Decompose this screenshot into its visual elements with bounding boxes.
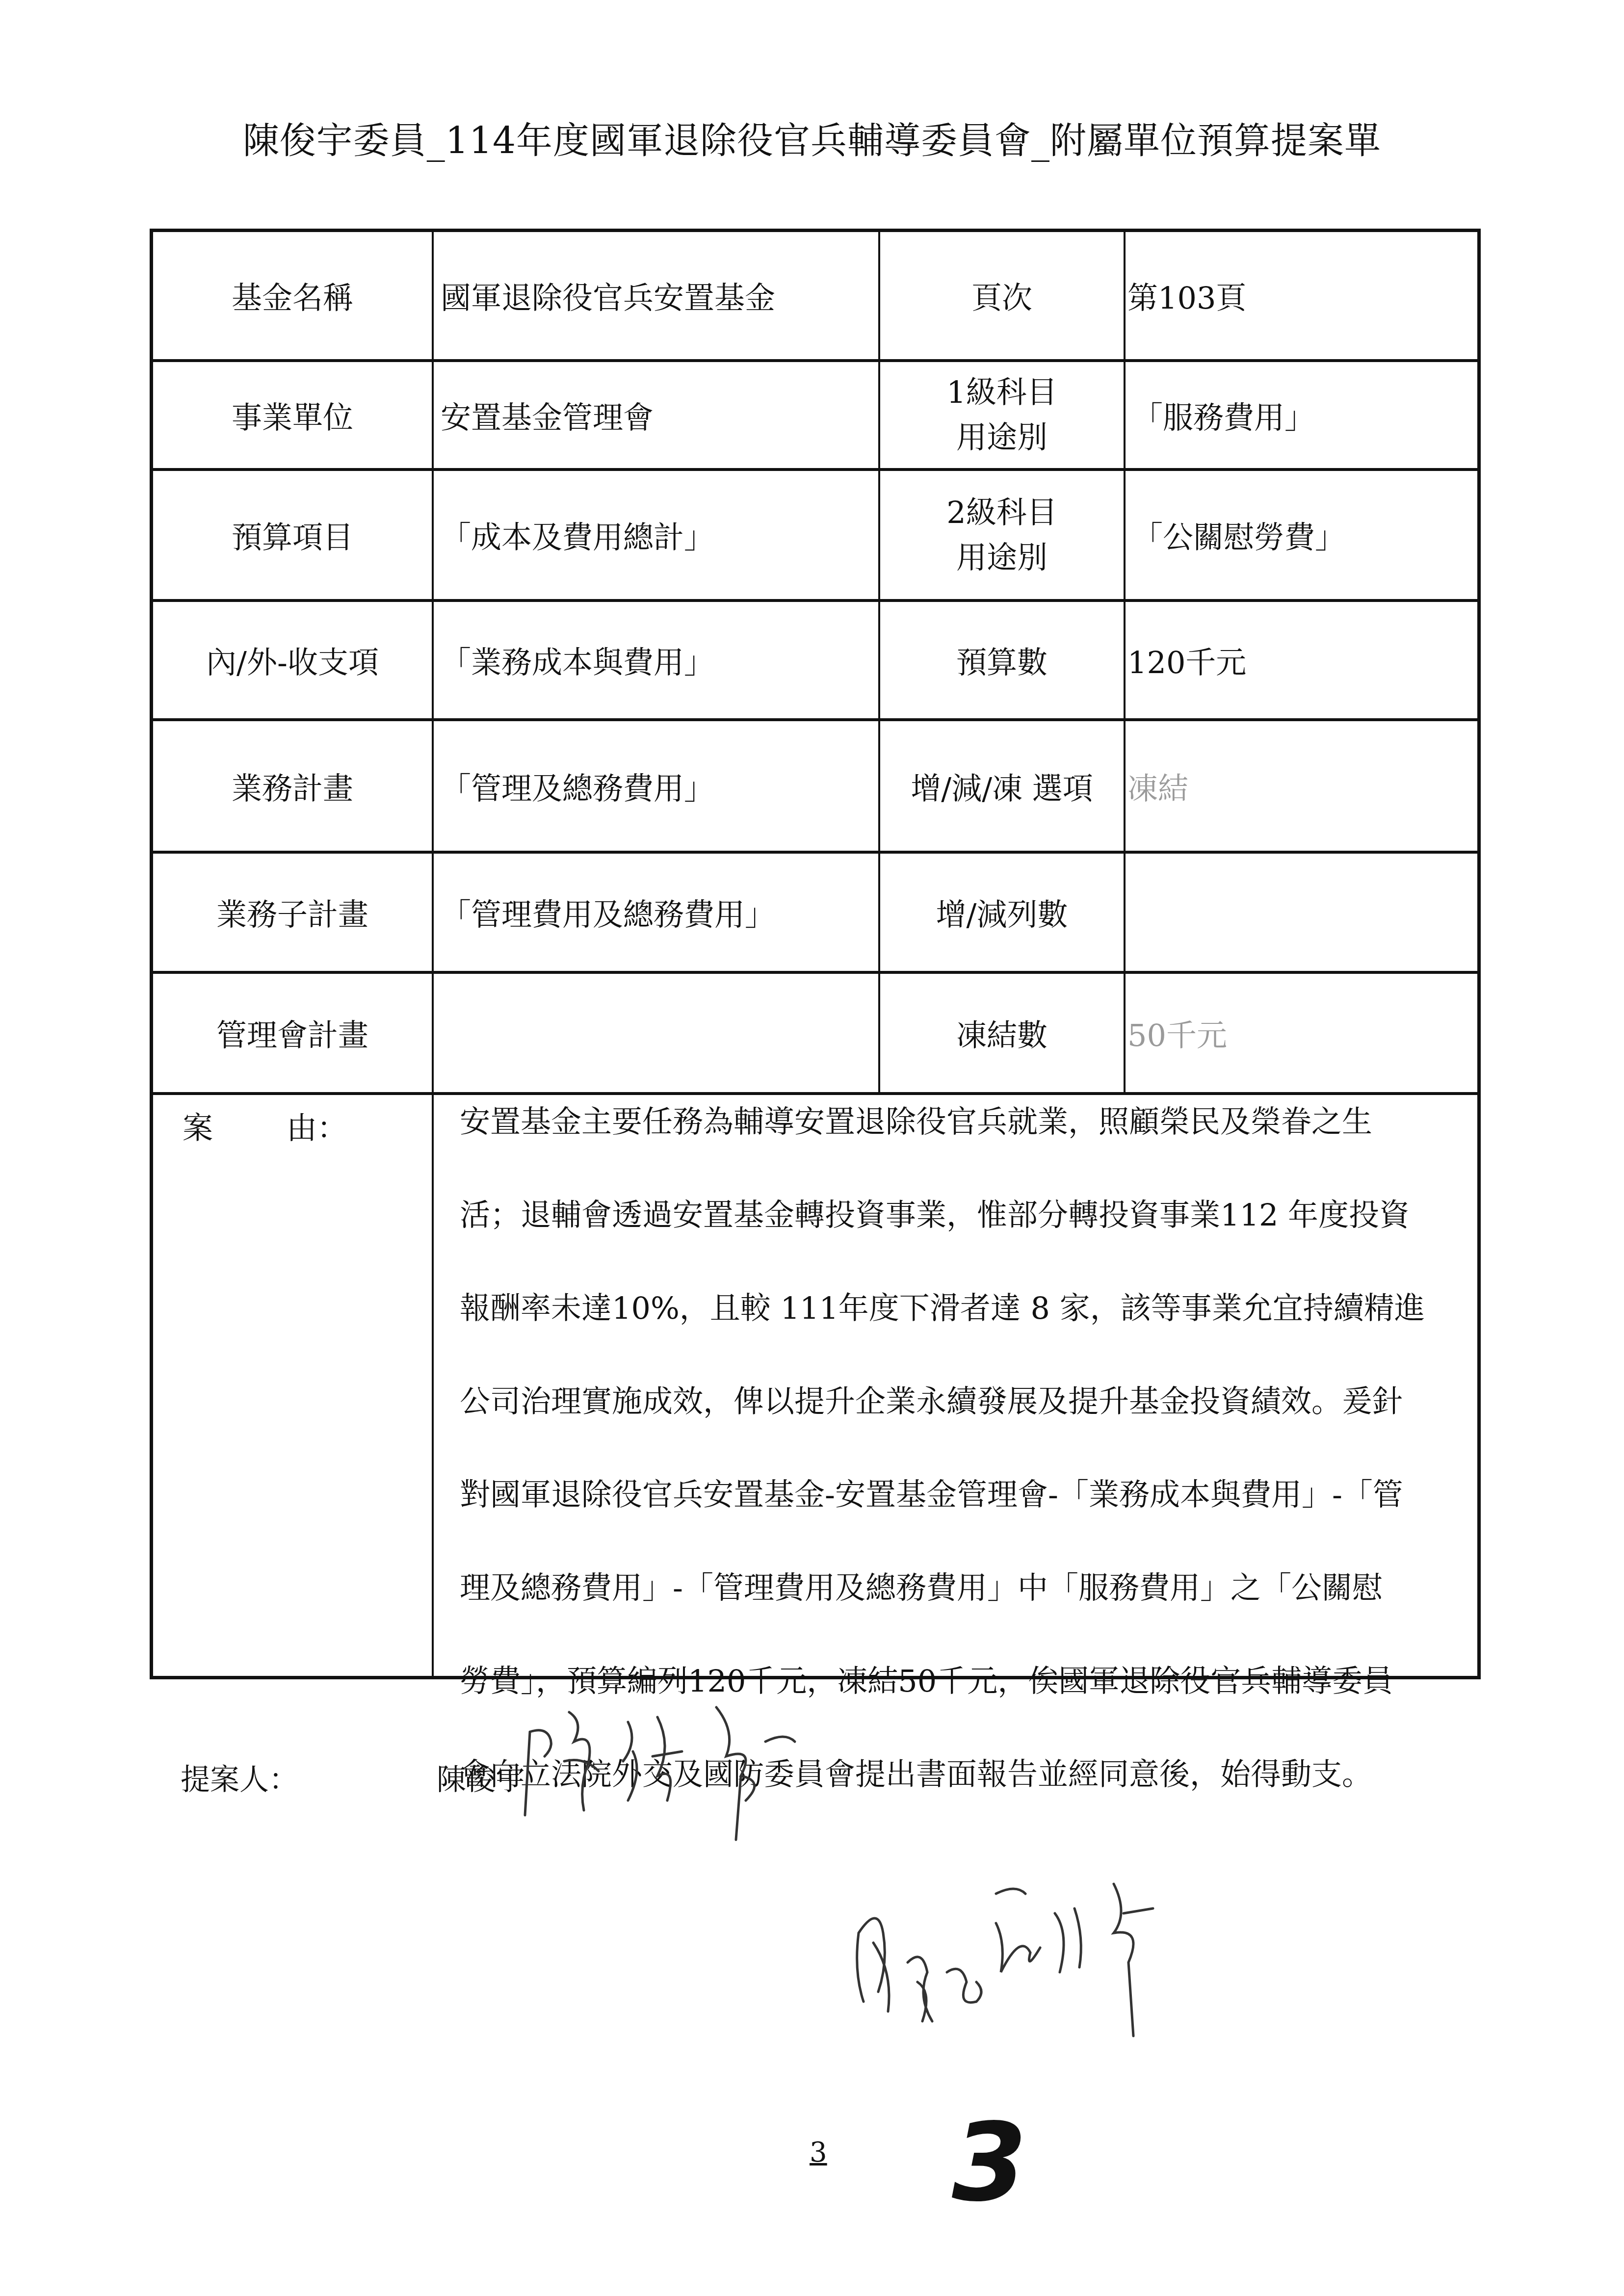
proposal-table: 基金名稱 國軍退除役官兵安置基金 頁次 第103頁 事業單位 安置基金管理會 1…: [150, 229, 1481, 1679]
signature-primary: [510, 1702, 883, 1850]
value-business-unit: 安置基金管理會: [434, 362, 878, 468]
label-level2-line2: 用途別: [956, 535, 1048, 580]
label-business-unit: 事業單位: [153, 362, 432, 468]
label-committee-plan: 管理會計畫: [153, 974, 432, 1092]
label-budget-item: 預算項目: [153, 471, 432, 599]
reason-line: 安置基金主要任務為輔導安置退除役官兵就業，照顧榮民及榮眷之生: [460, 1075, 1478, 1169]
label-change-amount: 增/減列數: [880, 854, 1124, 971]
label-fund-name: 基金名稱: [153, 232, 432, 359]
label-action-option: 增/減/凍 選項: [880, 721, 1124, 851]
page-number: 3: [810, 2137, 827, 2168]
document-title: 陳俊宇委員_114年度國軍退除役官兵輔導委員會_附屬單位預算提案單: [0, 112, 1624, 164]
value-income-expense: 「業務成本與費用」: [434, 602, 878, 718]
value-frozen-amount: 50千元: [1126, 974, 1479, 1092]
value-change-amount: [1126, 854, 1479, 971]
reason-line: 報酬率未達10%，且較 111年度下滑者達 8 家，該等事業允宜持續精進: [460, 1262, 1478, 1355]
label-level1-account: 1級科目 用途別: [880, 362, 1124, 468]
value-page: 第103頁: [1126, 232, 1479, 359]
reason-label-a: 案: [183, 1110, 213, 1146]
handwritten-page-number: 3: [952, 2100, 1027, 2225]
value-level1-account: 「服務費用」: [1126, 362, 1479, 468]
proposer-label: 提案人：: [181, 1756, 298, 1799]
reason-label: 案由：: [183, 1104, 347, 1148]
label-business-subplan: 業務子計畫: [153, 854, 432, 971]
reason-line: 公司治理實施成效，俾以提升企業永續發展及提升基金投資績效。爰針: [460, 1355, 1478, 1448]
value-budget-amount: 120千元: [1126, 602, 1479, 718]
label-budget-amount: 預算數: [880, 602, 1124, 718]
value-level2-account: 「公關慰勞費」: [1126, 471, 1479, 599]
label-business-plan: 業務計畫: [153, 721, 432, 851]
label-level1-line2: 用途別: [956, 415, 1048, 460]
value-fund-name: 國軍退除役官兵安置基金: [434, 232, 878, 359]
label-income-expense: 內/外-收支項: [153, 602, 432, 718]
value-business-subplan: 「管理費用及總務費用」: [434, 854, 878, 971]
label-level1-line1: 1級科目: [946, 370, 1057, 415]
reason-label-b: 由：: [287, 1110, 347, 1146]
label-page: 頁次: [880, 232, 1124, 359]
reason-line: 對國軍退除役官兵安置基金-安置基金管理會-「業務成本與費用」-「管: [460, 1448, 1478, 1541]
value-action-option: 凍結: [1126, 721, 1479, 851]
value-committee-plan: [434, 974, 878, 1092]
reason-line: 活；退輔會透過安置基金轉投資事業，惟部分轉投資事業112 年度投資: [460, 1169, 1478, 1262]
label-level2-line1: 2級科目: [946, 490, 1057, 535]
value-business-plan: 「管理及總務費用」: [434, 721, 878, 851]
signature-cosigners: [849, 1874, 1339, 2070]
label-frozen-amount: 凍結數: [880, 974, 1124, 1092]
reason-line: 理及總務費用」-「管理費用及總務費用」中「服務費用」之「公關慰: [460, 1541, 1478, 1635]
label-level2-account: 2級科目 用途別: [880, 471, 1124, 599]
reason-section: 案由： 安置基金主要任務為輔導安置退除役官兵就業，照顧榮民及榮眷之生 活；退輔會…: [153, 1095, 1478, 1679]
value-budget-item: 「成本及費用總計」: [434, 471, 878, 599]
